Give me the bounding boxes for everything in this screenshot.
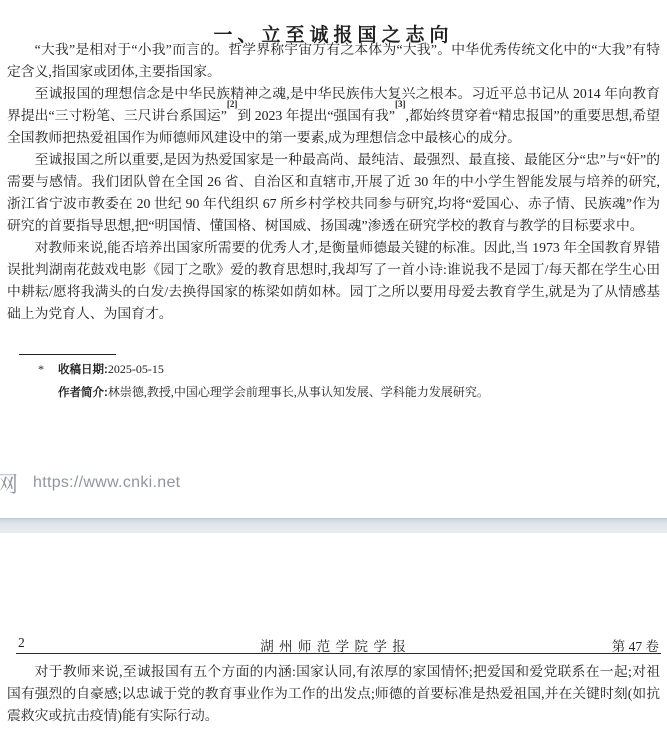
cnki-watermark-url: https://www.cnki.net xyxy=(33,474,180,492)
received-date-label: 收稿日期: xyxy=(58,364,108,376)
footnote-asterisk-marker: * xyxy=(38,362,58,377)
paragraph-2-text: 到 2023 年提出“强国有我” xyxy=(237,108,395,123)
paragraph-3: 至诚报国之所以重要,是因为热爱国家是一种最高尚、最纯洁、最强烈、最直接、最能区分… xyxy=(7,149,660,237)
citation-ref-2: [2] xyxy=(227,99,238,109)
journal-title: 湖 州 师 范 学 院 学 报 xyxy=(0,635,667,655)
footnote-separator-rule xyxy=(19,354,116,355)
page-separator xyxy=(0,518,667,533)
author-bio-label: 作者简介: xyxy=(58,387,108,399)
page2-running-header: 2 湖 州 师 范 学 院 学 报 第 47 卷 xyxy=(0,635,667,651)
page2-body: 对于教师来说,至诚报国有五个方面的内涵:国家认同,有浓厚的家国情怀;把爱国和爱党… xyxy=(7,661,660,727)
volume-label: 第 47 卷 xyxy=(612,635,659,655)
paragraph-5: 对于教师来说,至诚报国有五个方面的内涵:国家认同,有浓厚的家国情怀;把爱国和爱党… xyxy=(7,661,660,727)
header-rule xyxy=(16,653,661,654)
author-bio-value: 林崇德,教授,中国心理学会前理事长,从事认知发展、学科能力发展研究。 xyxy=(108,385,489,399)
paragraph-2: 至诚报国的理想信念是中华民族精神之魂,是中华民族伟大复兴之根本。习近平总书记从 … xyxy=(7,83,660,149)
cnki-logo-icon: 网 xyxy=(0,468,18,499)
footnote-author-bio: 作者简介:林崇德,教授,中国心理学会前理事长,从事认知发展、学科能力发展研究。 xyxy=(58,385,489,401)
citation-ref-3: [3] xyxy=(395,99,406,109)
received-date-value: 2025-05-15 xyxy=(108,362,164,376)
page1-body: “大我”是相对于“小我”而言的。哲学界称宇宙万有之本体为“大我”。中华优秀传统文… xyxy=(7,39,660,325)
footnote-received-date: *收稿日期:2025-05-15 xyxy=(38,362,164,378)
paragraph-1: “大我”是相对于“小我”而言的。哲学界称宇宙万有之本体为“大我”。中华优秀传统文… xyxy=(7,39,660,83)
paragraph-4: 对教师来说,能否培养出国家所需要的优秀人才,是衡量师德最关键的标准。因此,当 1… xyxy=(7,237,660,325)
